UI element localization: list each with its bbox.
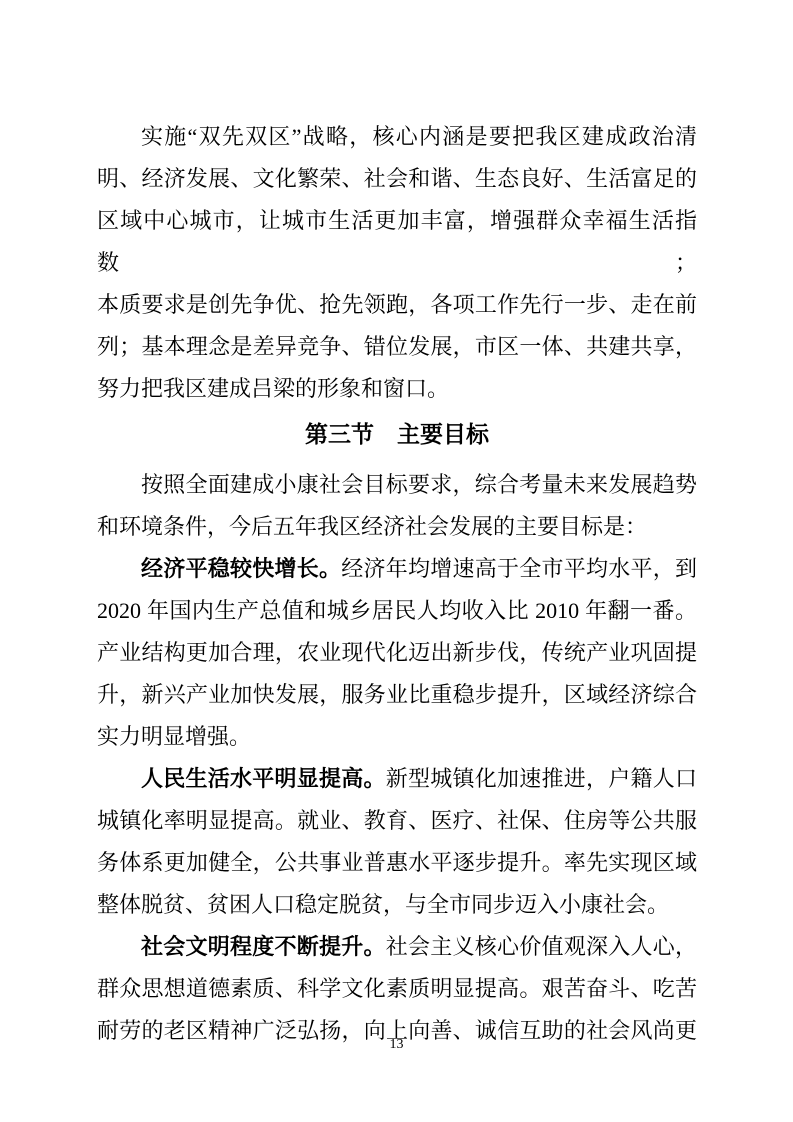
- text-line: 产业结构更加合理，农业现代化迈出新步伐，传统产业巩固提: [97, 632, 697, 674]
- text-line: 城镇化率明显提高。就业、教育、医疗、社保、住房等公共服: [97, 800, 697, 842]
- text-line: 人民生活水平明显提高。新型城镇化加速推进，户籍人口: [97, 758, 697, 800]
- text-line: 群众思想道德素质、科学文化素质明显提高。艰苦奋斗、吃苦: [97, 968, 697, 1010]
- text-line: 按照全面建成小康社会目标要求，综合考量未来发展趋势: [97, 464, 697, 506]
- paragraph-economy: 经济平稳较快增长。经济年均增速高于全市平均水平，到 2020 年国内生产总值和城…: [97, 548, 697, 758]
- document-page: 实施“双先双区”战略，核心内涵是要把我区建成政治清 明、经济发展、文化繁荣、社会…: [0, 0, 793, 1122]
- text-line: 社会文明程度不断提升。社会主义核心价值观深入人心，: [97, 926, 697, 968]
- paragraph-goal-intro: 按照全面建成小康社会目标要求，综合考量未来发展趋势 和环境条件，今后五年我区经济…: [97, 464, 697, 548]
- paragraph-lead: 社会文明程度不断提升。: [141, 934, 386, 959]
- page-body: 实施“双先双区”战略，核心内涵是要把我区建成政治清 明、经济发展、文化繁荣、社会…: [97, 116, 697, 1052]
- lead-rest: 经济年均增速高于全市平均水平，到: [341, 556, 697, 581]
- paragraph-strategy: 实施“双先双区”战略，核心内涵是要把我区建成政治清 明、经济发展、文化繁荣、社会…: [97, 116, 697, 410]
- text-line: 列；基本理念是差异竞争、错位发展，市区一体、共建共享，: [97, 326, 697, 368]
- text-line: 努力把我区建成吕梁的形象和窗口。: [97, 368, 697, 410]
- text-line: 和环境条件，今后五年我区经济社会发展的主要目标是：: [97, 506, 697, 548]
- text-line: 本质要求是创先争优、抢先领跑，各项工作先行一步、走在前: [97, 284, 697, 326]
- text-line: 2020 年国内生产总值和城乡居民人均收入比 2010 年翻一番。: [97, 590, 697, 632]
- paragraph-civilization: 社会文明程度不断提升。社会主义核心价值观深入人心， 群众思想道德素质、科学文化素…: [97, 926, 697, 1052]
- text-line: 整体脱贫、贫困人口稳定脱贫，与全市同步迈入小康社会。: [97, 884, 697, 926]
- lead-rest: 社会主义核心价值观深入人心，: [386, 934, 697, 959]
- text-line: 经济平稳较快增长。经济年均增速高于全市平均水平，到: [97, 548, 697, 590]
- text-line: 实力明显增强。: [97, 716, 697, 758]
- text-line: 升，新兴产业加快发展，服务业比重稳步提升，区域经济综合: [97, 674, 697, 716]
- lead-rest: 新型城镇化加速推进，户籍人口: [386, 766, 697, 791]
- paragraph-livelihood: 人民生活水平明显提高。新型城镇化加速推进，户籍人口 城镇化率明显提高。就业、教育…: [97, 758, 697, 926]
- text-line: 务体系更加健全，公共事业普惠水平逐步提升。率先实现区域: [97, 842, 697, 884]
- paragraph-lead: 人民生活水平明显提高。: [141, 766, 386, 791]
- section-heading: 第三节 主要目标: [97, 414, 697, 456]
- paragraph-lead: 经济平稳较快增长。: [141, 556, 341, 581]
- page-number: 13: [0, 1036, 793, 1054]
- text-line: 区域中心城市，让城市生活更加丰富，增强群众幸福生活指数；: [97, 200, 697, 284]
- text-line: 实施“双先双区”战略，核心内涵是要把我区建成政治清: [97, 116, 697, 158]
- text-line: 明、经济发展、文化繁荣、社会和谐、生态良好、生活富足的: [97, 158, 697, 200]
